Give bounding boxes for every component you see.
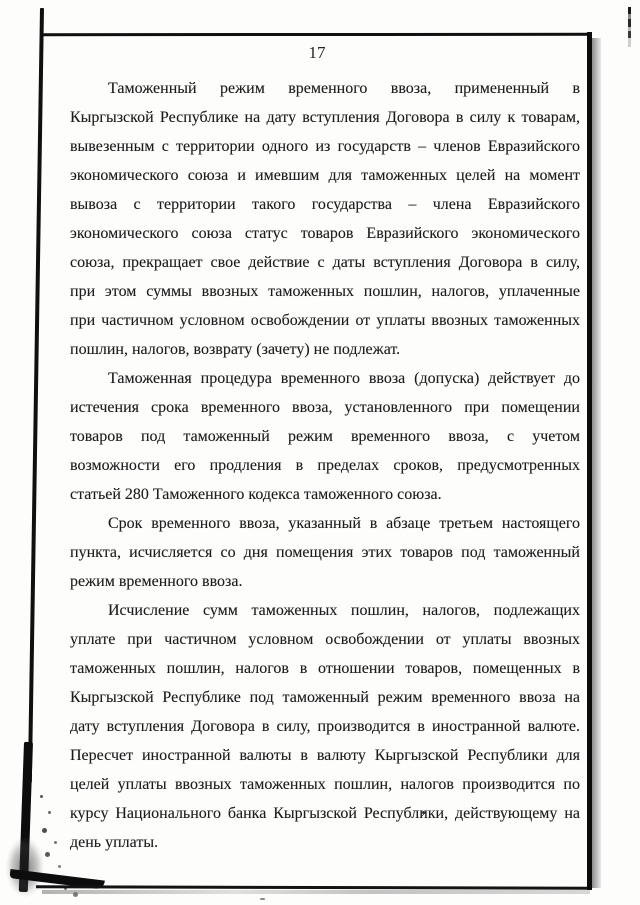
text-line: Кыргызской Республике под таможенный реж… xyxy=(70,683,580,712)
text-line: день уплаты. xyxy=(70,828,580,857)
text-line: вывоза с территории такого государства –… xyxy=(70,190,580,219)
text-line: Кыргызской Республике на дату вступления… xyxy=(70,103,580,132)
document-body: Таможенный режим временного ввоза, приме… xyxy=(70,74,580,857)
text-line: Срок временного ввоза, указанный в абзац… xyxy=(70,509,580,538)
page-frame-top-border xyxy=(41,33,590,36)
text-line: экономического союза и имевшим для тамож… xyxy=(70,161,580,190)
text-line: дату вступления Договора в силу, произво… xyxy=(70,712,580,741)
scan-artifact-edge-mark xyxy=(628,7,631,47)
text-line: Таможенный режим временного ввоза, приме… xyxy=(70,74,580,103)
scanned-page: 17 Таможенный режим временного ввоза, пр… xyxy=(0,0,640,905)
text-line: Исчисление сумм таможенных пошлин, налог… xyxy=(70,596,580,625)
text-line: курсу Национального банка Кыргызской Рес… xyxy=(70,799,580,828)
text-line: истечения срока временного ввоза, устано… xyxy=(70,393,580,422)
text-line: пошлин, налогов, возврату (зачету) не по… xyxy=(70,335,580,364)
text-line: режим временного ввоза. xyxy=(70,567,580,596)
text-line: вывезенным с территории одного из госуда… xyxy=(70,132,580,161)
page-frame-left-border xyxy=(28,8,44,783)
paragraph: Таможенный режим временного ввоза, приме… xyxy=(70,74,580,364)
paragraph: Таможенная процедура временного ввоза (д… xyxy=(70,364,580,509)
text-line: экономического союза статус товаров Евра… xyxy=(70,219,580,248)
paragraph: Срок временного ввоза, указанный в абзац… xyxy=(70,509,580,596)
scan-artifact-bottom-speck xyxy=(260,898,265,900)
text-line: пункта, исчисляется со дня помещения эти… xyxy=(70,538,580,567)
scan-artifact-right-shadow xyxy=(592,38,601,888)
text-line: уплате при частичном условном освобожден… xyxy=(70,625,580,654)
text-line: при этом суммы ввозных таможенных пошлин… xyxy=(70,277,580,306)
scan-artifact-bottom-fringe xyxy=(42,890,590,894)
text-line: Пересчет иностранной валюты в валюту Кыр… xyxy=(70,741,580,770)
paragraph: Исчисление сумм таможенных пошлин, налог… xyxy=(70,596,580,857)
text-line: союза, прекращает свое действие с даты в… xyxy=(70,248,580,277)
text-line: статьей 280 Таможенного кодекса таможенн… xyxy=(70,480,580,509)
text-line: целей уплаты ввозных таможенных пошлин, … xyxy=(70,770,580,799)
page-number: 17 xyxy=(70,43,564,63)
text-line: таможенных пошлин, налогов в отношении т… xyxy=(70,654,580,683)
text-line: товаров под таможенный режим временного … xyxy=(70,422,580,451)
scan-artifact-speckles xyxy=(40,795,43,798)
text-line: при частичном условном освобождении от у… xyxy=(70,306,580,335)
text-line: возможности его продления в пределах сро… xyxy=(70,451,580,480)
text-line: Таможенная процедура временного ввоза (д… xyxy=(70,364,580,393)
